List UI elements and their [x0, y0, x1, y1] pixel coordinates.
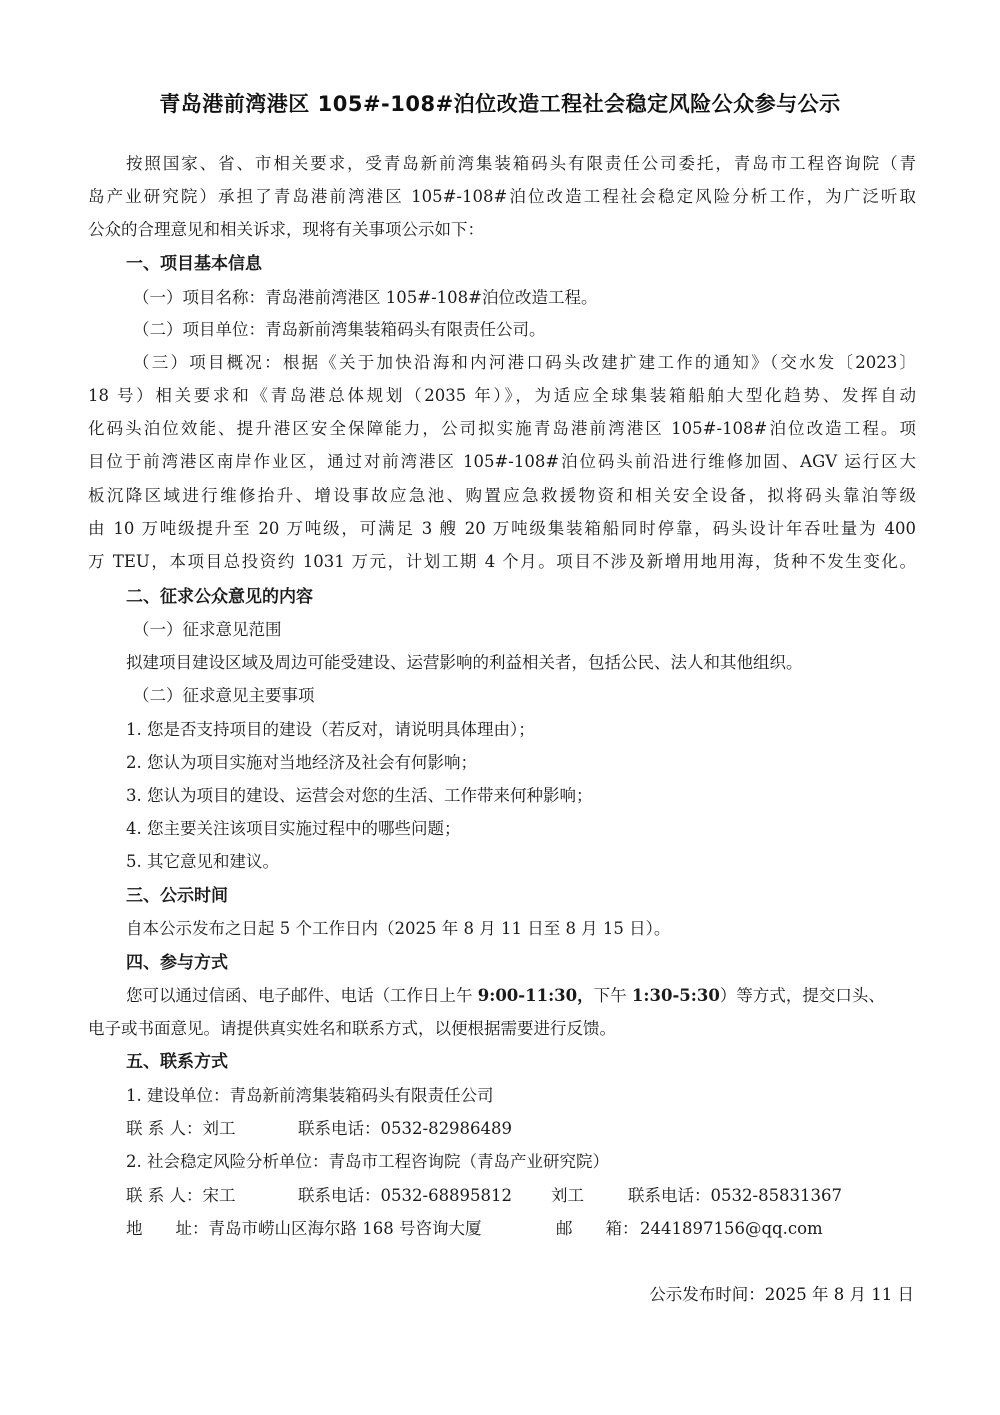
contact-row-2: 联 系 人：宋工 联系电话：0532-68895812 刘工 联系电话：0532…	[126, 1184, 916, 1208]
construction-unit: 1. 建设单位：青岛新前湾集装箱码头有限责任公司	[126, 1084, 916, 1108]
afternoon-hours: 1:30-5:30	[632, 986, 720, 1005]
address-label: 地 址：	[126, 1219, 209, 1238]
matter-item-3: 3. 您认为项目的建设、运营会对您的生活、工作带来何种影响；	[126, 784, 916, 808]
address-row: 地 址：青岛市崂山区海尔路 168 号咨询大厦 邮 箱：2441897156@q…	[126, 1217, 916, 1241]
intro-line-1: 按照国家、省、市相关要求，受青岛新前湾集装箱码头有限责任公司委托，青岛市工程咨询…	[126, 152, 916, 176]
overview-line-1: （三）项目概况：根据《关于加快沿海和内河港口码头改建扩建工作的通知》（交水发〔2…	[133, 351, 916, 375]
contact-phone-2: 联系电话：0532-68895812	[298, 1184, 512, 1208]
address-value: 青岛市崂山区海尔路 168 号咨询大厦	[209, 1219, 482, 1238]
participation-line-1: 您可以通过信函、电子邮件、电话（工作日上午 9:00-11:30，下午 1:30…	[126, 984, 916, 1008]
matter-item-5: 5. 其它意见和建议。	[126, 850, 916, 874]
project-name: （一）项目名称：青岛港前湾港区 105#-108#泊位改造工程。	[133, 286, 916, 310]
section4-heading: 四、参与方式	[126, 951, 954, 975]
publicity-period: 自本公示发布之日起 5 个工作日内（2025 年 8 月 11 日至 8 月 1…	[126, 917, 916, 941]
contact-person-song: 联 系 人：宋工	[126, 1186, 236, 1205]
participation-text-a: 您可以通过信函、电子邮件、电话（工作日上午	[126, 986, 478, 1005]
participation-text-e: ）等方式，提交口头、	[720, 986, 885, 1005]
email-value[interactable]: 2441897156@qq.com	[640, 1217, 823, 1241]
scope-text: 拟建项目建设区域及周边可能受建设、运营影响的利益相关者，包括公民、法人和其他组织…	[126, 651, 916, 675]
morning-hours: 9:00-11:30，	[478, 986, 594, 1005]
matters-subheading: （二）征求意见主要事项	[133, 684, 916, 708]
contact-row-1: 联 系 人：刘工 联系电话：0532-82986489	[126, 1117, 916, 1141]
overview-line-3: 化码头泊位效能、提升港区安全保障能力，公司拟实施青岛港前湾港区 105#-108…	[88, 417, 916, 441]
document-page: 青岛港前湾港区 105#-108#泊位改造工程社会稳定风险公众参与公示 按照国家…	[0, 0, 1000, 1415]
matter-item-2: 2. 您认为项目实施对当地经济及社会有何影响；	[126, 751, 916, 775]
matter-item-4: 4. 您主要关注该项目实施过程中的哪些问题；	[126, 817, 916, 841]
overview-line-7: 万 TEU，本项目总投资约 1031 万元，计划工期 4 个月。项目不涉及新增用…	[88, 550, 916, 574]
scope-subheading: （一）征求意见范围	[133, 618, 916, 642]
analysis-unit: 2. 社会稳定风险分析单位：青岛市工程咨询院（青岛产业研究院）	[126, 1150, 916, 1174]
overview-line-4: 目位于前湾港区南岸作业区，通过对前湾港区 105#-108#泊位码头前沿进行维修…	[88, 450, 916, 474]
section5-heading: 五、联系方式	[126, 1050, 954, 1074]
overview-line-2: 18 号）相关要求和《青岛港总体规划（2035 年）》，为适应全球集装箱船舶大型…	[88, 384, 916, 408]
project-unit: （二）项目单位：青岛新前湾集装箱码头有限责任公司。	[133, 318, 916, 342]
participation-line-2: 电子或书面意见。请提供真实姓名和联系方式，以便根据需要进行反馈。	[88, 1017, 916, 1041]
document-title: 青岛港前湾港区 105#-108#泊位改造工程社会稳定风险公众参与公示	[0, 88, 1000, 118]
contact-person-liu-2: 刘工	[551, 1184, 584, 1208]
contact-phone-1: 联系电话：0532-82986489	[298, 1117, 512, 1141]
participation-text-c: 下午	[594, 986, 632, 1005]
matter-item-1: 1. 您是否支持项目的建设（若反对，请说明具体理由）；	[126, 718, 916, 742]
overview-line-5: 板沉降区域进行维修抬升、增设事故应急池、购置应急救援物资和相关安全设备，拟将码头…	[88, 484, 916, 508]
contact-person-liu: 联 系 人：刘工	[126, 1119, 236, 1138]
overview-line-6: 由 10 万吨级提升至 20 万吨级，可满足 3 艘 20 万吨级集装箱船同时停…	[88, 517, 916, 541]
intro-line-3: 公众的合理意见和相关诉求，现将有关事项公示如下：	[88, 218, 916, 242]
section1-heading: 一、项目基本信息	[126, 252, 954, 276]
section2-heading: 二、征求公众意见的内容	[126, 585, 954, 609]
intro-line-2: 岛产业研究院）承担了青岛港前湾港区 105#-108#泊位改造工程社会稳定风险分…	[88, 185, 916, 209]
email-label: 邮 箱：	[556, 1217, 639, 1241]
contact-phone-3: 联系电话：0532-85831367	[628, 1184, 842, 1208]
section3-heading: 三、公示时间	[126, 884, 954, 908]
publish-date: 公示发布时间：2025 年 8 月 11 日	[649, 1283, 914, 1307]
